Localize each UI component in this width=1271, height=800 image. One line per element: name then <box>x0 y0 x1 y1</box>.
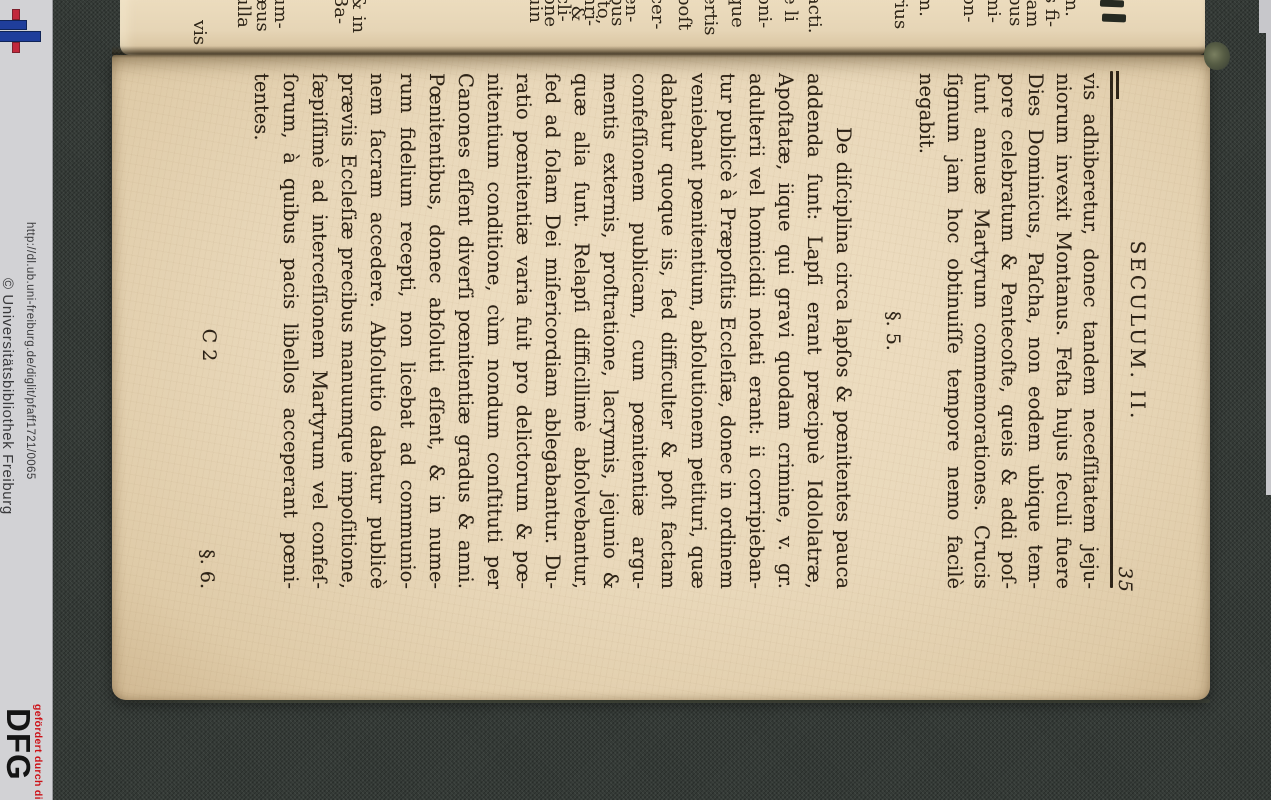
facing-page-text-fragment: rius <box>890 0 911 29</box>
facing-page-text-fragment: acti. <box>804 0 825 34</box>
gutter-notch <box>1204 42 1230 70</box>
facing-page-text-fragment: & in <box>348 0 369 33</box>
text-line: ſorum, à quibus pacis libellos acceperan… <box>276 73 305 589</box>
text-line: niorum invexit Montanus. Feſta hujus ſec… <box>1049 73 1076 589</box>
text-line: ſignum jam hoc obtinuiſſe tempore nemo f… <box>940 73 967 589</box>
dfg-logo: DFG <box>5 708 31 781</box>
page-number: 35 <box>1114 567 1136 593</box>
facing-page-text-fragment: s fi- <box>1041 0 1062 27</box>
text-line: ſed ad ſolam Dei miſericordiam ablegaban… <box>538 73 567 589</box>
text-line: Apoſtatæ, iique qui gravi quodam crimine… <box>771 73 800 589</box>
catchword: §. 6. <box>196 549 218 589</box>
facing-header-rule-mark <box>1100 0 1124 7</box>
running-header: SECULUM. II. <box>1126 241 1150 422</box>
text-line: rum fidelium recepti, non licebat ad com… <box>393 73 422 589</box>
logo-red-square-bottom <box>12 42 20 53</box>
dfg-caption: gefördert durch die <box>32 704 44 800</box>
facing-page-text-fragment: oni- <box>754 0 775 28</box>
text-line: confeſſionem publicam, cum pœnitentiæ ar… <box>625 73 654 589</box>
text-line: De diſciplina circa lapſos & pœnitentes … <box>829 73 858 589</box>
facing-page-text-fragment: vis <box>189 20 210 45</box>
text-line: vis adhiberetur, donec tandem neceſſitat… <box>1077 73 1104 589</box>
header-rule <box>1110 71 1113 588</box>
facing-page-text-fragment: en- <box>621 0 642 22</box>
paragraph-section-5: De diſciplina circa lapſos & pœnitentes … <box>247 73 858 589</box>
facing-page-text-fragment: ulla <box>233 0 254 28</box>
facing-page-text-fragment: e li <box>780 0 801 22</box>
facing-page-text-fragment: jam <box>1022 0 1043 27</box>
facing-page-text-fragment: que <box>727 0 748 28</box>
right-edge-strip <box>1266 33 1271 495</box>
signature-row: C 2 §. 6. <box>192 73 220 589</box>
scan-url-label: http://dl.ub.uni-freiburg.de/diglit/pfaf… <box>24 222 36 480</box>
text-line: præviis Eccleſiæ precibus manuumque impo… <box>334 73 363 589</box>
text-line: nem ſacram accedere. Abſolutio dabatur p… <box>363 73 392 589</box>
logo-red-square-top <box>12 9 20 20</box>
paragraph-continuation: vis adhiberetur, donec tandem neceſſitat… <box>913 73 1104 589</box>
text-line: veniebant pœnitentium, abſolutionem peti… <box>683 73 712 589</box>
text-line: ratio pœnitentiæ varia fuit pro delictor… <box>509 73 538 589</box>
page-content: SECULUM. II. 35 vis adhiberetur, donec t… <box>112 55 1210 700</box>
header-rule-blob <box>1116 71 1119 99</box>
running-header-row: SECULUM. II. 35 <box>1122 73 1150 589</box>
logo-blue-bar-long <box>0 31 41 42</box>
section-heading: §. 5. <box>882 73 904 589</box>
text-line: quæ alia ſunt. Relapſi difficillimè abſo… <box>567 73 596 589</box>
facing-page-text-fragment: on- <box>959 0 980 23</box>
book-page-photo: SECULUM. II. 35 vis adhiberetur, donec t… <box>112 55 1210 700</box>
logo-blue-bar-short <box>0 20 27 30</box>
facing-page-text-fragment: mi- <box>983 0 1004 23</box>
facing-page-text-fragment: ertis <box>700 0 721 35</box>
signature-mark: C 2 <box>198 73 220 589</box>
gutter-crease <box>112 46 1210 58</box>
text-line: Dies Dominicus, Paſcha, non eodem ubique… <box>1022 73 1049 589</box>
scan-viewer: http://dl.ub.uni-freiburg.de/diglit/pfaf… <box>0 0 1271 800</box>
facing-page-text-fragment: um- <box>270 0 291 29</box>
text-line: adulterii vel homicidii notati erant: ii… <box>742 73 771 589</box>
text-line: Canones eſſent diverſi pœnitentiæ gradus… <box>451 73 480 589</box>
right-edge-strip-top <box>1259 0 1271 33</box>
text-line: dabatur quoque iis, ſed difficulter & po… <box>654 73 683 589</box>
text-line: negabit. <box>913 73 940 589</box>
text-line: ſunt annuæ Martyrum commemorationes. Cru… <box>968 73 995 589</box>
facing-page-text-fragment: m. <box>1061 0 1082 17</box>
text-line: pore celebratum & Pentecoſte, queis & ad… <box>995 73 1022 589</box>
text-line: Pœnitentibus, donec abſoluti eſſent, & i… <box>422 73 451 589</box>
facing-page-text-fragment: poſt <box>674 0 695 30</box>
facing-page-text-fragment: m. <box>915 0 936 17</box>
text-line: addenda ſunt: Lapſi erant præcipuè Idolo… <box>800 73 829 589</box>
facing-header-rule-mark <box>1102 14 1126 23</box>
copyright-label: © Universitätsbibliothek Freiburg <box>0 278 16 515</box>
facing-page-text-fragment: cer- <box>647 0 668 29</box>
text-line: tur publicè à Præpoſitis Eccleſiæ, donec… <box>713 73 742 589</box>
text-line: tentes. <box>247 73 276 589</box>
text-line: nitentium conditione, cùm nondum conſtit… <box>480 73 509 589</box>
text-line: ſæpiſſimè ad interceſſionem Martyrum vel… <box>305 73 334 589</box>
viewer-sidebar: http://dl.ub.uni-freiburg.de/diglit/pfaf… <box>0 0 53 800</box>
text-line: mentis externis, proſtratione, lacrymis,… <box>596 73 625 589</box>
